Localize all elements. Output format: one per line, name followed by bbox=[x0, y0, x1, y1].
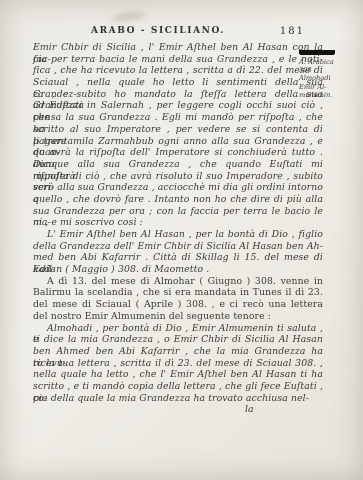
margin-note-line: A. Arabica bbox=[299, 58, 345, 66]
page-number: 181 bbox=[280, 26, 305, 37]
body-line: A dì 13. del mese di Almohar ( Giugno ) … bbox=[33, 276, 323, 288]
body-line: nella quale ha letto , che l' Emir Aſthe… bbox=[33, 369, 323, 381]
body-line: ad Euſtati in Salernah , per leggere cog… bbox=[33, 100, 323, 112]
body-line: ni , e mi soscrivo così : bbox=[33, 217, 323, 229]
body-line: to la tua lettera , scritta il dì 23. de… bbox=[33, 358, 323, 370]
body-line: ti dice la mia Grandezza , o Emir Chbir … bbox=[33, 334, 323, 346]
body-line: pia della quale la mia Grandezza ha trov… bbox=[33, 393, 323, 405]
body-line: Emir Chbir di Sicilia , l' Emir Aſthel b… bbox=[33, 42, 323, 54]
body-line: della Grandezza dell' Emir Chbir di Sici… bbox=[33, 241, 323, 253]
margin-note-line: Almohadi bbox=[299, 74, 345, 82]
margin-rule bbox=[299, 50, 335, 54]
body-line: L' Emir Aſthel ben Al Hasan , per la bon… bbox=[33, 229, 323, 241]
catchword: la bbox=[33, 404, 323, 416]
margin-note-line: mumenin. bbox=[299, 91, 345, 99]
body-line: ben Ahmed ben Abi Kafarrir , che la mia … bbox=[33, 346, 323, 358]
paper-smudge bbox=[112, 10, 147, 24]
margin-note-line: Emir Al- bbox=[299, 83, 345, 91]
body-line: pensa la sua Grandezza . Egli mi mandò p… bbox=[33, 112, 323, 124]
body-line: Sciaual , nella quale ho letto li sentim… bbox=[33, 77, 323, 89]
body-line: del nostro Emir Almumenin del seguente t… bbox=[33, 311, 323, 323]
body-line: kadan ( Maggio ) 308. di Maometto . bbox=[33, 264, 323, 276]
body-line: del mese di Sciaual ( Aprile ) 308. , e … bbox=[33, 299, 323, 311]
body-line: fica , che ha ricevuto la lettera , scri… bbox=[33, 65, 323, 77]
body-line: za , e subito ho mandato la ſteſſa lette… bbox=[33, 89, 323, 101]
body-line: riſpoſta di ciò , che avrà risoluto il s… bbox=[33, 171, 323, 183]
body-line: sua Grandezza per ora ; con la faccia pe… bbox=[33, 206, 323, 218]
margin-note-line: 308 bbox=[299, 66, 345, 74]
body-line: scritto al suo Imperatore , per vedere s… bbox=[33, 124, 323, 136]
body-line: do avrà la riſpoſta dell' Imperatore si … bbox=[33, 147, 323, 159]
text-block: Emir Chbir di Sicilia , l' Emir Aſthel b… bbox=[33, 42, 323, 416]
body-line: Balirmu la scelandia , che si era mandat… bbox=[33, 287, 323, 299]
running-header: ARABO - SICILIANO. 181 bbox=[33, 26, 323, 40]
body-line: Almohadi , per bontà di Dio , Emir Almum… bbox=[33, 323, 323, 335]
body-line: quello , che dovrò fare . Intanto non ho… bbox=[33, 194, 323, 206]
scanned-book-page: ARABO - SICILIANO. 181 Emir Chbir di Sic… bbox=[0, 0, 363, 480]
body-line: dunque alla sua Grandezza , che quando E… bbox=[33, 159, 323, 171]
body-line: verò alla sua Grandezza , acciocchè mi d… bbox=[33, 182, 323, 194]
margin-note: A. Arabica 308 Almohadi Emir Al- mumenin… bbox=[299, 50, 345, 99]
body-line: med ben Abi Kafarrir . Città di Skillag … bbox=[33, 252, 323, 264]
body-line: scritto , e ti mandò copia della lettera… bbox=[33, 381, 323, 393]
body-line: cia per terra bacia le mani della sua Gr… bbox=[33, 54, 323, 66]
running-title: ARABO - SICILIANO. bbox=[91, 26, 225, 36]
body-line: li trentamila Zarmahbub ogni anno alla s… bbox=[33, 136, 323, 148]
